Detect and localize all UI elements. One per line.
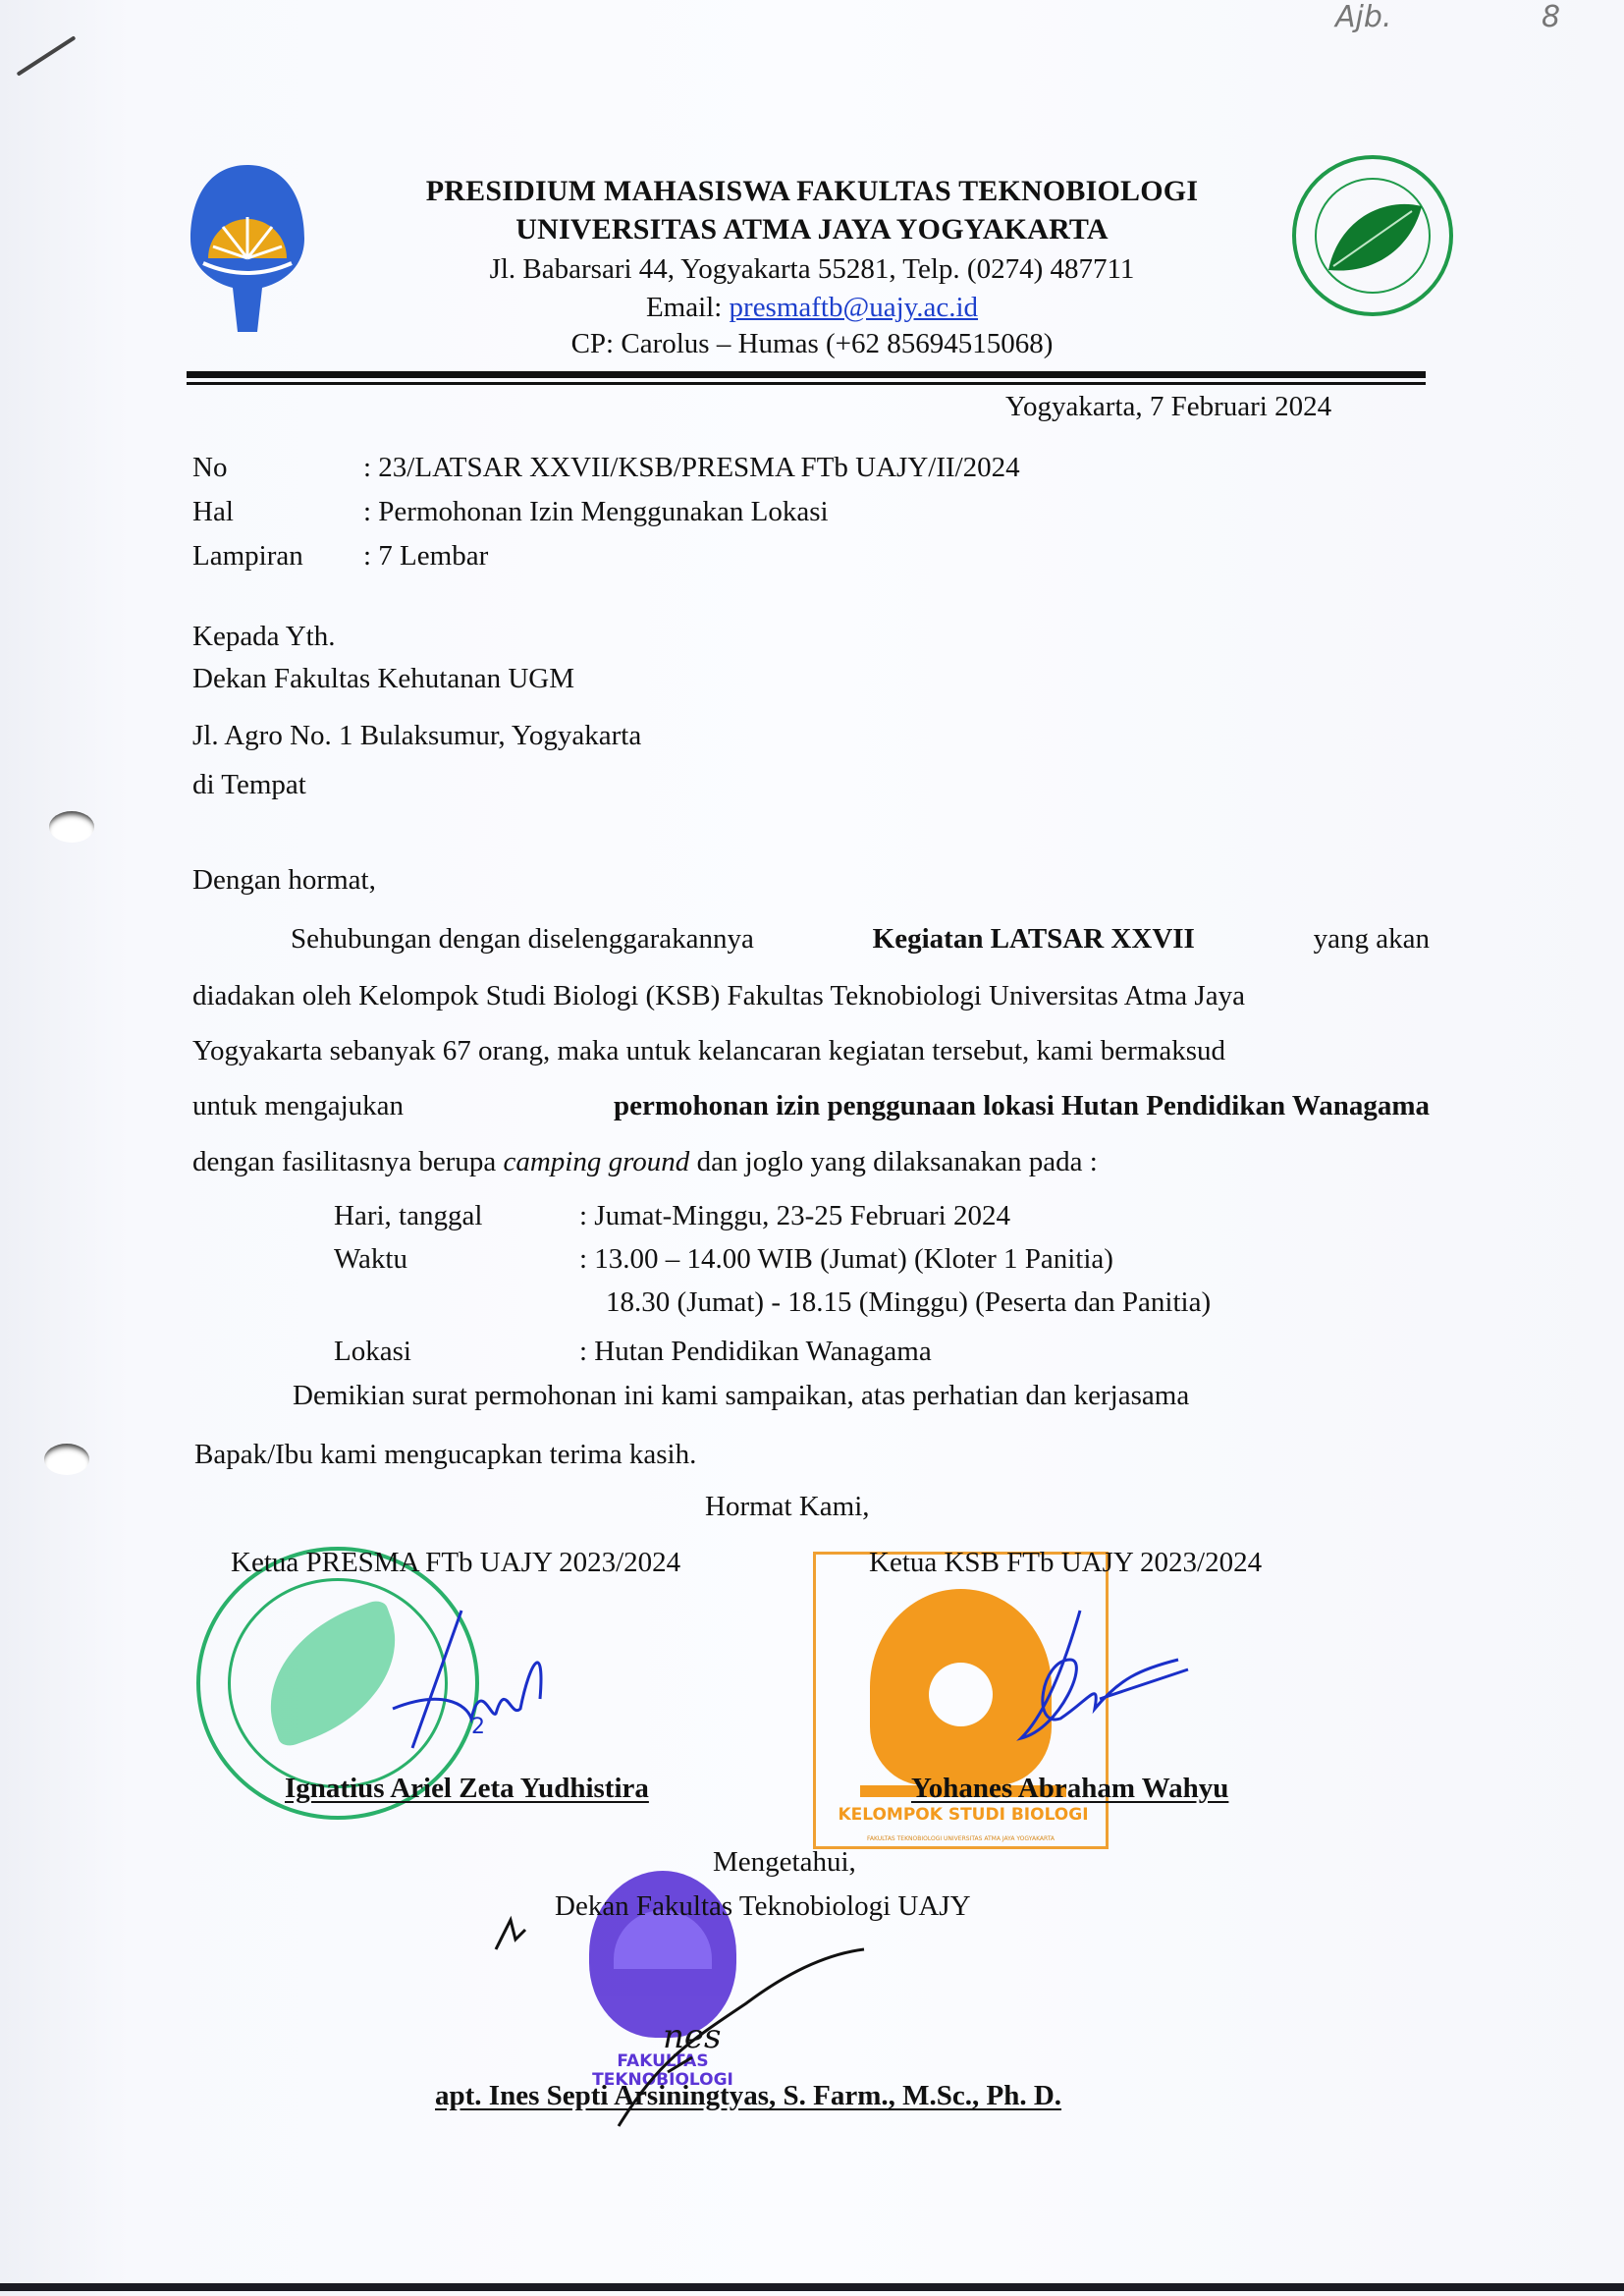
body-line: Sehubungan dengan diselenggarakannya Keg…	[291, 923, 1430, 956]
punch-hole-icon	[44, 1444, 89, 1475]
right-signatory-title: Ketua KSB FTb UAJY 2023/2024	[869, 1547, 1262, 1579]
detail-label: Waktu	[334, 1243, 407, 1276]
detail-value: : Hutan Pendidikan Wanagama	[579, 1336, 932, 1368]
detail-value-continued: 18.30 (Jumat) - 18.15 (Minggu) (Peserta …	[606, 1286, 1211, 1319]
approver-heading: Mengetahui,	[713, 1846, 856, 1879]
left-signatory-title: Ketua PRESMA FTb UAJY 2023/2024	[231, 1547, 680, 1579]
scan-bottom-edge	[0, 2283, 1624, 2291]
org-address: Jl. Babarsari 44, Yogyakarta 55281, Telp…	[0, 253, 1624, 286]
body-line: dengan fasilitasnya berupa camping groun…	[192, 1146, 1098, 1178]
body-text: dengan fasilitasnya berupa	[192, 1146, 496, 1177]
request-highlight: permohonan izin penggunaan lokasi Hutan …	[614, 1090, 1430, 1122]
detail-label: Lokasi	[334, 1336, 411, 1368]
handwritten-mark: 8	[1542, 0, 1560, 34]
body-line: diadakan oleh Kelompok Studi Biologi (KS…	[192, 980, 1245, 1012]
detail-value: : Jumat-Minggu, 23-25 Februari 2024	[579, 1200, 1010, 1232]
meta-label-hal: Hal	[192, 496, 234, 528]
meta-label-lampiran: Lampiran	[192, 540, 303, 573]
letter-date: Yogyakarta, 7 Februari 2024	[1005, 391, 1331, 423]
email-link[interactable]: presmaftb@uajy.ac.id	[730, 292, 979, 323]
org-name-line2: UNIVERSITAS ATMA JAYA YOGYAKARTA	[0, 213, 1624, 246]
handwritten-note: Ajb.	[1335, 0, 1391, 34]
detail-value: : 13.00 – 14.00 WIB (Jumat) (Kloter 1 Pa…	[579, 1243, 1113, 1276]
left-signature-icon: 2	[373, 1601, 628, 1777]
recipient-line: Dekan Fakultas Kehutanan UGM	[192, 663, 574, 695]
svg-text:2: 2	[471, 1715, 485, 1739]
stamp-text: KELOMPOK STUDI BIOLOGI	[836, 1805, 1091, 1825]
email-label: Email:	[646, 292, 722, 323]
right-signatory-name: Yohanes Abraham Wahyu	[911, 1773, 1228, 1805]
salutation: Dengan hormat,	[192, 864, 376, 897]
event-name: Kegiatan LATSAR XXVII	[873, 923, 1195, 956]
body-text: Sehubungan dengan diselenggarakannya	[291, 923, 754, 956]
meta-value-hal: : Permohonan Izin Menggunakan Lokasi	[363, 496, 829, 528]
right-signature-icon	[1001, 1601, 1218, 1758]
facility-term: camping ground	[503, 1146, 689, 1177]
punch-hole-icon	[49, 811, 94, 843]
org-email-line: Email: presmaftb@uajy.ac.id	[0, 292, 1624, 324]
approver-name: apt. Ines Septi Arsiningtyas, S. Farm., …	[435, 2080, 1061, 2112]
meta-value-lampiran: : 7 Lembar	[363, 540, 488, 573]
body-line: untuk mengajukan permohonan izin penggun…	[192, 1090, 1430, 1122]
org-name-line1: PRESIDIUM MAHASISWA FAKULTAS TEKNOBIOLOG…	[0, 175, 1624, 208]
body-text: yang akan	[1314, 923, 1430, 956]
body-text: dan joglo yang dilaksanakan pada :	[697, 1146, 1098, 1177]
body-line: Yogyakarta sebanyak 67 orang, maka untuk…	[192, 1035, 1225, 1067]
body-text: untuk mengajukan	[192, 1090, 404, 1122]
svg-text:nes: nes	[663, 2017, 721, 2056]
detail-label: Hari, tanggal	[334, 1200, 482, 1232]
letterhead-rule-thin	[187, 382, 1426, 385]
approver-title: Dekan Fakultas Teknobiologi UAJY	[555, 1890, 971, 1923]
recipient-line: Kepada Yth.	[192, 621, 335, 653]
stamp-subtext: FAKULTAS TEKNOBIOLOGI UNIVERSITAS ATMA J…	[826, 1835, 1096, 1842]
org-contact: CP: Carolus – Humas (+62 85694515068)	[0, 328, 1624, 360]
recipient-line: di Tempat	[192, 769, 306, 801]
closing-line: Demikian surat permohonan ini kami sampa…	[293, 1380, 1189, 1412]
left-signatory-name: Ignatius Ariel Zeta Yudhistira	[285, 1773, 649, 1805]
meta-value-no: : 23/LATSAR XXVII/KSB/PRESMA FTb UAJY/II…	[363, 452, 1020, 484]
regards: Hormat Kami,	[705, 1491, 870, 1523]
recipient-line: Jl. Agro No. 1 Bulaksumur, Yogyakarta	[192, 720, 641, 752]
closing-line: Bapak/Ibu kami mengucapkan terima kasih.	[194, 1439, 696, 1471]
letterhead-rule-thick	[187, 371, 1426, 378]
meta-label-no: No	[192, 452, 227, 484]
